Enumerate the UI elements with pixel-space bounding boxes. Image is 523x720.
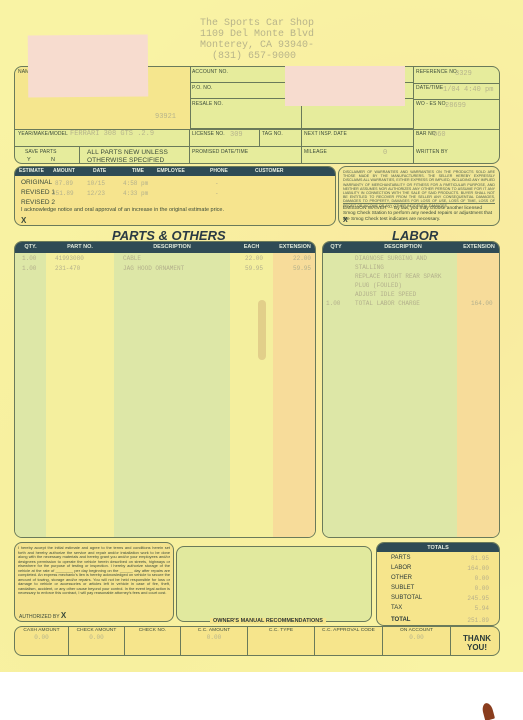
- estimate-header-bar: ESTIMATE AMOUNT DATE TIME EMPLOYEE PHONE…: [15, 167, 335, 176]
- disclaimer-box: Disclaimer of warranties and warranties …: [338, 166, 500, 226]
- check-amount-field[interactable]: CHECK AMOUNT0.00: [69, 627, 125, 655]
- estimate-row-revised-2: REVISED 2: [21, 199, 55, 206]
- labor-table: QTY DESCRIPTION EXTENSION DIAGNOSE SURGI…: [322, 241, 500, 538]
- totals-parts-label: PARTS: [391, 555, 410, 561]
- reference-no-label: REFERENCE NO.: [416, 69, 458, 75]
- original-date: 10/15: [87, 180, 105, 187]
- mileage-label: MILEAGE: [304, 149, 327, 155]
- estimate-col-phone: PHONE: [210, 168, 228, 174]
- date-time-label: DATE/TIME: [416, 85, 443, 91]
- original-time: 4:58 pm: [123, 180, 148, 187]
- owners-manual-recommendations-box[interactable]: [176, 546, 372, 622]
- totals-other-label: OTHER: [391, 575, 412, 581]
- labor-line: STALLING: [355, 264, 384, 271]
- zip-value: 93921: [155, 113, 176, 121]
- parts-col-extension: EXTENSION: [273, 244, 316, 250]
- totals-sublet-value: 0.00: [475, 585, 489, 592]
- cc-amount-field[interactable]: C.C. AMOUNT0.00: [181, 627, 248, 655]
- labor-extension: 164.00: [471, 300, 493, 307]
- totals-total-label: TOTAL: [391, 617, 410, 623]
- labor-table-header: QTY DESCRIPTION EXTENSION: [323, 242, 499, 253]
- original-phone: -: [215, 180, 219, 187]
- year-make-model-label: YEAR/MAKE/MODEL: [18, 131, 68, 137]
- cc-approval-code-field[interactable]: C.C. APPROVAL CODE: [315, 627, 383, 655]
- estimate-row-revised-1: REVISED 1: [21, 189, 55, 196]
- next-insp-date-label: NEXT INSP. DATE: [304, 131, 347, 137]
- tag-no-label: TAG NO.: [262, 131, 283, 137]
- reference-no-value: 3329: [455, 70, 472, 78]
- account-no-label: ACCOUNT NO.: [192, 69, 228, 75]
- parts-col-part-no: PART NO.: [46, 244, 114, 250]
- estimate-row-original: ORIGINAL: [21, 179, 52, 186]
- estimate-signature-line[interactable]: X: [21, 216, 26, 225]
- totals-subtotal-label: SUBTOTAL: [391, 595, 422, 601]
- parts-new-notice-1: ALL PARTS NEW UNLESS: [87, 149, 168, 156]
- revised1-time: 4:33 pm: [123, 190, 148, 197]
- parts-new-notice-2: OTHERWISE SPECIFIED: [87, 157, 164, 164]
- totals-header: TOTALS: [377, 543, 499, 552]
- save-parts-yes[interactable]: Y: [27, 157, 31, 163]
- parts-table: QTY. PART NO. DESCRIPTION EACH EXTENSION…: [14, 241, 316, 538]
- save-parts-label: SAVE PARTS: [25, 149, 57, 155]
- shop-name: The Sports Car Shop: [200, 18, 314, 29]
- totals-total-value: 251.89: [467, 617, 489, 624]
- save-parts-no[interactable]: N: [51, 157, 55, 163]
- cash-amount-field[interactable]: CASH AMOUNT0.00: [15, 627, 69, 655]
- estimate-col-amount: AMOUNT: [53, 168, 75, 174]
- paper-stain: [258, 300, 266, 360]
- estimate-col-customer: CUSTOMER: [255, 168, 284, 174]
- totals-sublet-label: SUBLET: [391, 585, 414, 591]
- shop-street: 1109 Del Monte Blvd: [200, 29, 314, 40]
- parts-col-description: DESCRIPTION: [114, 244, 230, 250]
- estimate-col-estimate: ESTIMATE: [19, 168, 44, 174]
- shop-city: Monterey, CA 93940-: [200, 40, 314, 51]
- totals-labor-label: LABOR: [391, 565, 411, 571]
- resale-no-label: RESALE NO.: [192, 101, 223, 107]
- parts-col-each: EACH: [230, 244, 273, 250]
- date-time-value: 1/04 4:40 pm: [443, 86, 493, 94]
- po-no-label: P.O. NO.: [192, 85, 212, 91]
- promised-date-label: PROMISED DATE/TIME: [192, 149, 248, 155]
- totals-tax-value: 5.94: [475, 605, 489, 612]
- original-amount: 87.89: [55, 180, 73, 187]
- mileage-value: 0: [383, 149, 387, 157]
- estimate-col-time: TIME: [132, 168, 144, 174]
- shop-address-block: The Sports Car Shop1109 Del Monte BlvdMo…: [200, 18, 314, 62]
- emission-signature-line[interactable]: X: [343, 217, 348, 224]
- authorized-by[interactable]: AUTHORIZED BY X: [19, 611, 66, 620]
- totals-box: TOTALS PARTS 81.95 LABOR 164.00 OTHER 0.…: [376, 542, 500, 626]
- recommendations-label: OWNER'S MANUAL RECOMMENDATIONS: [210, 618, 326, 624]
- paper-corner-stain: [481, 702, 495, 720]
- redacted-customer-name: [28, 34, 149, 97]
- revised1-date: 12/23: [87, 190, 105, 197]
- wo-es-no-label: WO - ES NO.: [416, 101, 447, 107]
- revised1-phone: -: [215, 190, 219, 197]
- written-by-label: WRITTEN BY: [416, 149, 448, 155]
- authorization-terms-box: I hereby accept the initial estimate and…: [14, 542, 174, 622]
- labor-col-description: DESCRIPTION: [349, 244, 457, 250]
- labor-qty: 1.00: [326, 300, 340, 307]
- check-no-field[interactable]: CHECK NO.: [125, 627, 181, 655]
- labor-col-qty: QTY: [323, 244, 349, 250]
- estimate-col-employee: EMPLOYEE: [157, 168, 185, 174]
- labor-col-extension: EXTENSION: [457, 244, 500, 250]
- redacted-account-info: [285, 66, 405, 106]
- bar-no-value: 060: [433, 131, 446, 139]
- estimate-acknowledgement: I acknowledge notice and oral approval o…: [21, 207, 224, 213]
- parts-table-header: QTY. PART NO. DESCRIPTION EACH EXTENSION: [15, 242, 315, 253]
- labor-line: REPLACE RIGHT REAR SPARK: [355, 273, 441, 280]
- thank-you-message: THANKYOU!: [463, 634, 491, 652]
- wo-es-no-value: 28699: [445, 102, 466, 110]
- totals-labor-value: 164.00: [467, 565, 489, 572]
- estimate-box: ESTIMATE AMOUNT DATE TIME EMPLOYEE PHONE…: [14, 166, 336, 226]
- emission-waiver-text: EMISSION WAIVER — By law, you may choose…: [343, 203, 495, 222]
- labor-line: ADJUST IDLE SPEED: [355, 291, 416, 298]
- parts-col-qty: QTY.: [15, 244, 46, 250]
- invoice-paper: The Sports Car Shop1109 Del Monte BlvdMo…: [0, 0, 523, 672]
- license-no-label: LICENSE NO.: [192, 131, 225, 137]
- license-no-value: 309: [230, 131, 243, 139]
- revised1-amount: 251.89: [52, 190, 74, 197]
- labor-line: PLUG (FOULED): [355, 282, 402, 289]
- on-account-field[interactable]: ON ACCOUNT0.00: [383, 627, 451, 655]
- labor-line: DIAGNOSE SURGING AND: [355, 255, 427, 262]
- year-make-model-value: FERRARI 308 GTS .2.9: [70, 130, 154, 138]
- totals-subtotal-value: 245.95: [467, 595, 489, 602]
- totals-tax-label: TAX: [391, 605, 402, 611]
- cc-type-field[interactable]: C.C. TYPE: [248, 627, 315, 655]
- authorization-terms-text: I hereby accept the initial estimate and…: [18, 546, 170, 596]
- estimate-col-date: DATE: [93, 168, 106, 174]
- payment-row: CASH AMOUNT0.00 CHECK AMOUNT0.00 CHECK N…: [14, 626, 500, 656]
- totals-parts-value: 81.95: [471, 555, 489, 562]
- totals-other-value: 0.00: [475, 575, 489, 582]
- shop-phone: (831) 657-9000: [200, 51, 314, 62]
- labor-line: TOTAL LABOR CHARGE: [355, 300, 420, 307]
